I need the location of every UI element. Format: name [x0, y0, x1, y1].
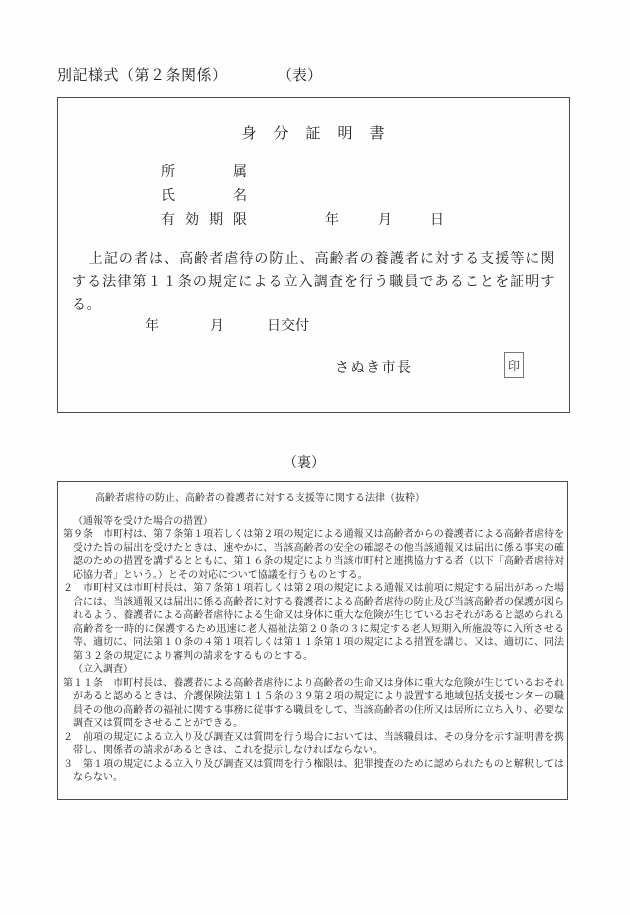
validity-day-unit: 日: [430, 209, 444, 229]
validity-label: 有効期限: [161, 209, 247, 229]
name-field-row: 氏名: [161, 185, 559, 203]
law-excerpt-title: 高齢者虐待の防止、高齢者の養護者に対する支援等に関する法律（抜粋）: [63, 492, 564, 506]
law-article-11-para-2: ２ 前項の規定による立入り及び調査又は質問を行う場合においては、当該職員は、その…: [63, 731, 564, 758]
law-article-9-para-2: ２ 市町村又は市町村長は、第７条第１項若しくは第２項の規定による通報又は前項に規…: [63, 582, 564, 663]
validity-year-unit: 年: [325, 209, 339, 229]
law-article-9: 第９条 市町村は、第７条第１項若しくは第２項の規定による通報又は高齢者からの養護…: [63, 528, 564, 582]
issue-day-unit: 日交付: [267, 318, 309, 334]
validity-field-row: 有効期限 年 月 日: [161, 209, 559, 227]
form-style-label: 別記様式（第２条関係）: [57, 64, 228, 85]
law-section-heading: （通報等を受けた場合の措置）: [63, 515, 564, 529]
name-label: 氏名: [161, 185, 247, 205]
validity-month-unit: 月: [378, 209, 392, 229]
document-page: 別記様式（第２条関係） （表） 身 分 証 明 書 所属 氏名 有効期限 年 月…: [0, 0, 630, 915]
certificate-front-box: 身 分 証 明 書 所属 氏名 有効期限 年 月 日 上記の者は、高齢者虐待の防…: [57, 97, 570, 413]
certificate-back-box: 高齢者虐待の防止、高齢者の養護者に対する支援等に関する法律（抜粋） （通報等を受…: [57, 481, 568, 800]
law-article-11: 第１１条 市町村長は、養護者による高齢者虐待により高齢者の生命又は身体に重大な危…: [63, 677, 564, 731]
certificate-title: 身 分 証 明 書: [58, 122, 569, 143]
affiliation-label: 所属: [161, 161, 247, 181]
issue-year-unit: 年: [145, 315, 210, 335]
seal-mark: 印: [504, 352, 524, 378]
law-section-heading-entry-inspection: （立入調査）: [63, 663, 564, 677]
issue-date-line: 年月日交付: [145, 315, 309, 335]
affiliation-field-row: 所属: [161, 161, 559, 179]
issuer-name: さぬき市長: [335, 357, 413, 377]
seal-character: 印: [508, 357, 520, 374]
back-side-label: （裏）: [283, 452, 325, 472]
issue-month-unit: 月: [210, 315, 267, 335]
certification-statement: 上記の者は、高齢者虐待の防止、高齢者の養護者に対する支援等に関する法律第１１条の…: [72, 248, 555, 317]
front-side-label: （表）: [277, 64, 322, 85]
law-article-11-para-3: ３ 第１項の規定による立入り及び調査又は質問を行う権限は、犯罪捜査のために認めら…: [63, 758, 564, 785]
